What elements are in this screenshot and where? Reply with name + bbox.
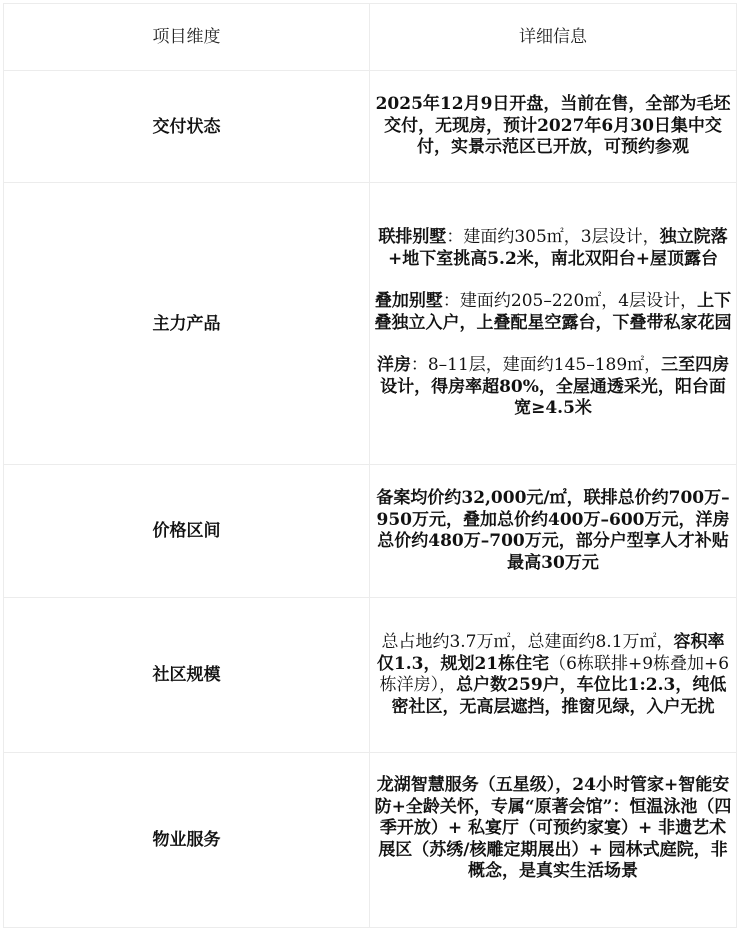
- dimension-cell: 价格区间: [4, 465, 370, 598]
- detail-cell: 联排别墅：建面约305㎡，3层设计，独立院落+地下室挑高5.2米，南北双阳台+屋…: [370, 183, 737, 465]
- dimension-cell: 交付状态: [4, 71, 370, 183]
- townhouse-paragraph: 联排别墅：建面约305㎡，3层设计，独立院落+地下室挑高5.2米，南北双阳台+屋…: [374, 227, 732, 270]
- info-table-container: 项目维度 详细信息 交付状态 2025年12月9日开盘，当前在售，全部为毛坯交付…: [3, 3, 736, 911]
- apartment-plain-text: ：8–11层，建面约145–189㎡，: [411, 355, 661, 375]
- community-plain-text-1: 总占地约3.7万㎡，总建面约8.1万㎡，: [381, 632, 673, 652]
- table-row: 交付状态 2025年12月9日开盘，当前在售，全部为毛坯交付，无现房，预计202…: [4, 71, 737, 183]
- project-info-table: 项目维度 详细信息 交付状态 2025年12月9日开盘，当前在售，全部为毛坯交付…: [3, 3, 737, 911]
- table-row: 物业服务 龙湖智慧服务（五星级），24小时管家+智能安防+全龄关怀，专属“原著会…: [4, 753, 737, 912]
- detail-cell: 总占地约3.7万㎡，总建面约8.1万㎡，容积率仅1.3，规划21栋住宅（6栋联排…: [370, 598, 737, 753]
- header-dimension: 项目维度: [4, 4, 370, 71]
- stacked-villa-label: 叠加别墅: [375, 291, 443, 311]
- paragraph-gap: [374, 334, 732, 355]
- dimension-cell: 物业服务: [4, 753, 370, 912]
- table-row: 社区规模 总占地约3.7万㎡，总建面约8.1万㎡，容积率仅1.3，规划21栋住宅…: [4, 598, 737, 753]
- detail-cell: 龙湖智慧服务（五星级），24小时管家+智能安防+全龄关怀，专属“原著会馆”：恒温…: [370, 753, 737, 912]
- detail-cell: 备案均价约32,000元/㎡，联排总价约700万–950万元，叠加总价约400万…: [370, 465, 737, 598]
- townhouse-plain-text: ：建面约305㎡，3层设计，: [446, 227, 659, 247]
- apartment-label: 洋房: [377, 355, 411, 375]
- townhouse-label: 联排别墅: [378, 227, 446, 247]
- dimension-cell: 主力产品: [4, 183, 370, 465]
- apartment-paragraph: 洋房：8–11层，建面约145–189㎡，三至四房设计，得房率超80%，全屋通透…: [374, 355, 732, 420]
- table-row: 价格区间 备案均价约32,000元/㎡，联排总价约700万–950万元，叠加总价…: [4, 465, 737, 598]
- dimension-cell: 社区规模: [4, 598, 370, 753]
- stacked-villa-paragraph: 叠加别墅：建面约205–220㎡，4层设计，上下叠独立入户，上叠配星空露台，下叠…: [374, 291, 732, 334]
- paragraph-gap: [374, 270, 732, 291]
- delivery-status-text: 2025年12月9日开盘，当前在售，全部为毛坯交付，无现房，预计2027年6月3…: [376, 94, 731, 157]
- detail-cell: 2025年12月9日开盘，当前在售，全部为毛坯交付，无现房，预计2027年6月3…: [370, 71, 737, 183]
- stacked-villa-plain-text: ：建面约205–220㎡，4层设计，: [443, 291, 697, 311]
- property-service-text: 龙湖智慧服务（五星级），24小时管家+智能安防+全龄关怀，专属“原著会馆”：恒温…: [375, 775, 732, 881]
- header-detail: 详细信息: [370, 4, 737, 71]
- table-header-row: 项目维度 详细信息: [4, 4, 737, 71]
- price-range-text: 备案均价约32,000元/㎡，联排总价约700万–950万元，叠加总价约400万…: [376, 488, 729, 573]
- table-row: 主力产品 联排别墅：建面约305㎡，3层设计，独立院落+地下室挑高5.2米，南北…: [4, 183, 737, 465]
